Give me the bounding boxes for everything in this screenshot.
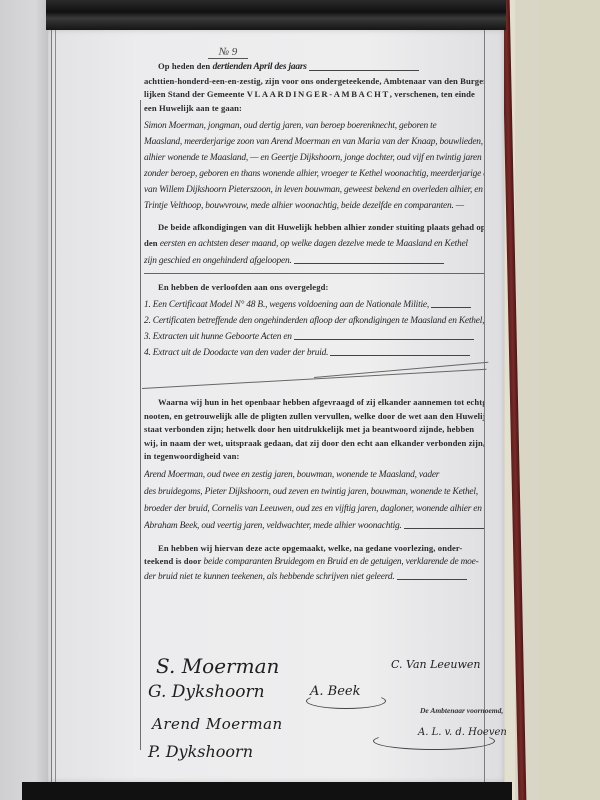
closing-line-3: der bruid niet te kunnen teekenen, als h… — [144, 570, 484, 585]
closing-handwritten: beide comparanten Bruidegom en Bruid en … — [204, 557, 479, 567]
page-left-border — [51, 30, 56, 782]
official-signature-flourish — [373, 732, 495, 750]
banns-line-2: den eersten en achtsten deser maand, op … — [144, 235, 484, 252]
closing-printed: teekend is door — [144, 556, 201, 566]
banns-handwritten: eersten en achtsten deser maand, op welk… — [160, 239, 468, 249]
opening-prefix: Op heden den — [158, 61, 210, 71]
municipality-name: VLAARDINGER-AMBACHT — [247, 89, 390, 99]
ceremony-line: staat verbonden zijn; hetwelk door hen u… — [144, 423, 484, 437]
document-end-flourish — [144, 361, 484, 389]
signature-arend-moerman: Arend Moerman — [152, 715, 283, 733]
closing-line: En hebben wij hiervan deze acte opgemaak… — [144, 542, 484, 556]
opening-line-2: achttien-honderd-een-en-zestig, zijn voo… — [144, 75, 484, 89]
ceremony-line: Waarna wij hun in het openbaar hebben af… — [144, 396, 484, 410]
document-item: 4. Extract uit de Doodacte van den vader… — [144, 345, 484, 361]
parties-line: Trintje Velthoop, bouwvrouw, mede alhier… — [144, 198, 484, 214]
ceremony-section: Waarna wij hun in het openbaar hebben af… — [144, 396, 484, 464]
parties-line: zonder beroep, geboren en thans wonende … — [144, 166, 484, 182]
witness-line: des bruidegoms, Pieter Dijkshoorn, oud z… — [144, 484, 484, 501]
banns-line-3: zijn geschied en ongehinderd afgeloopen. — [144, 252, 484, 269]
margin-rule — [140, 100, 141, 750]
witness-line: Abraham Beek, oud veertig jaren, veldwac… — [144, 518, 484, 535]
closing-section: En hebben wij hiervan deze acte opgemaak… — [144, 542, 484, 585]
opening-line-1: Op heden den dertienden April des jaars — [144, 60, 484, 75]
opening-text: lijken Stand der Gemeente — [144, 89, 244, 99]
signature-pieter: P. Dykshoorn — [148, 742, 253, 761]
signature-van-leeuwen: C. Van Leeuwen — [391, 658, 481, 671]
documents-intro: En hebben de verloofden aan ons overgele… — [144, 281, 484, 295]
ceremony-line: in tegenwoordigheid van: — [144, 450, 484, 464]
parties-line: van Willem Dijkshoorn Pieterszoon, in le… — [144, 182, 484, 198]
document-item: 3. Extracten uit hunne Geboorte Acten en — [144, 329, 484, 345]
signature-flourish — [306, 693, 386, 709]
parties-line: alhier wonende te Maasland, — en Geertje… — [144, 150, 484, 166]
ceremony-line: nooten, en getrouwelijk alle de pligten … — [144, 410, 484, 424]
marriage-record-page: № 9 Op heden den dertienden April des ja… — [48, 30, 504, 782]
parties-line: Maasland, meerderjarige zoon van Arend M… — [144, 134, 484, 150]
scan-shadow-bottom — [22, 782, 512, 800]
signature-bride: G. Dykshoorn — [148, 682, 265, 702]
banns-handwritten: zijn geschied en ongehinderd afgeloopen. — [144, 256, 292, 266]
closing-handwritten: der bruid niet te kunnen teekenen, als h… — [144, 572, 394, 582]
opening-line-3: lijken Stand der Gemeente VLAARDINGER-AM… — [144, 88, 484, 102]
fill-rule — [309, 64, 419, 71]
banns-section: De beide afkondigingen van dit Huwelijk … — [144, 221, 484, 269]
witness-line: broeder der bruid, Cornelis van Leeuwen,… — [144, 501, 484, 518]
signature-groom: S. Moerman — [156, 654, 279, 678]
record-number: № 9 — [208, 46, 248, 59]
closing-line-2: teekend is door beide comparanten Bruide… — [144, 555, 484, 570]
handwritten-date: dertienden April des jaars — [213, 62, 307, 72]
banns-den: den — [144, 238, 158, 248]
table-background — [540, 0, 600, 800]
section-divider — [144, 273, 484, 274]
diagonal-rule — [142, 369, 487, 389]
fill-rule — [294, 257, 444, 264]
witness-line: Arend Moerman, oud twee en zestig jaren,… — [144, 467, 484, 484]
fill-rule — [397, 573, 467, 580]
scan-shadow-top — [46, 0, 506, 30]
document-item: 2. Certificaten betreffende den ongehind… — [144, 313, 484, 329]
record-body: Op heden den dertienden April des jaars … — [144, 60, 484, 584]
left-book-page — [0, 0, 50, 800]
documents-section: En hebben de verloofden aan ons overgele… — [144, 281, 484, 362]
parties-section: Simon Moerman, jongman, oud dertig jaren… — [144, 118, 484, 214]
witnesses-section: Arend Moerman, oud twee en zestig jaren,… — [144, 467, 484, 535]
parties-line: Simon Moerman, jongman, oud dertig jaren… — [144, 118, 484, 134]
ceremony-line: wij, in naam der wet, uitspraak gedaan, … — [144, 437, 484, 451]
banns-printed: De beide afkondigingen van dit Huwelijk … — [144, 221, 484, 235]
official-label: De Ambtenaar voornoemd, — [420, 706, 503, 715]
opening-line-4: een Huwelijk aan te gaan: — [144, 102, 484, 116]
right-margin-rule — [484, 30, 485, 782]
opening-text-end: , verschenen, ten einde — [390, 89, 475, 99]
document-item: 1. Een Certificaat Model N° 48 B., wegen… — [144, 297, 484, 313]
